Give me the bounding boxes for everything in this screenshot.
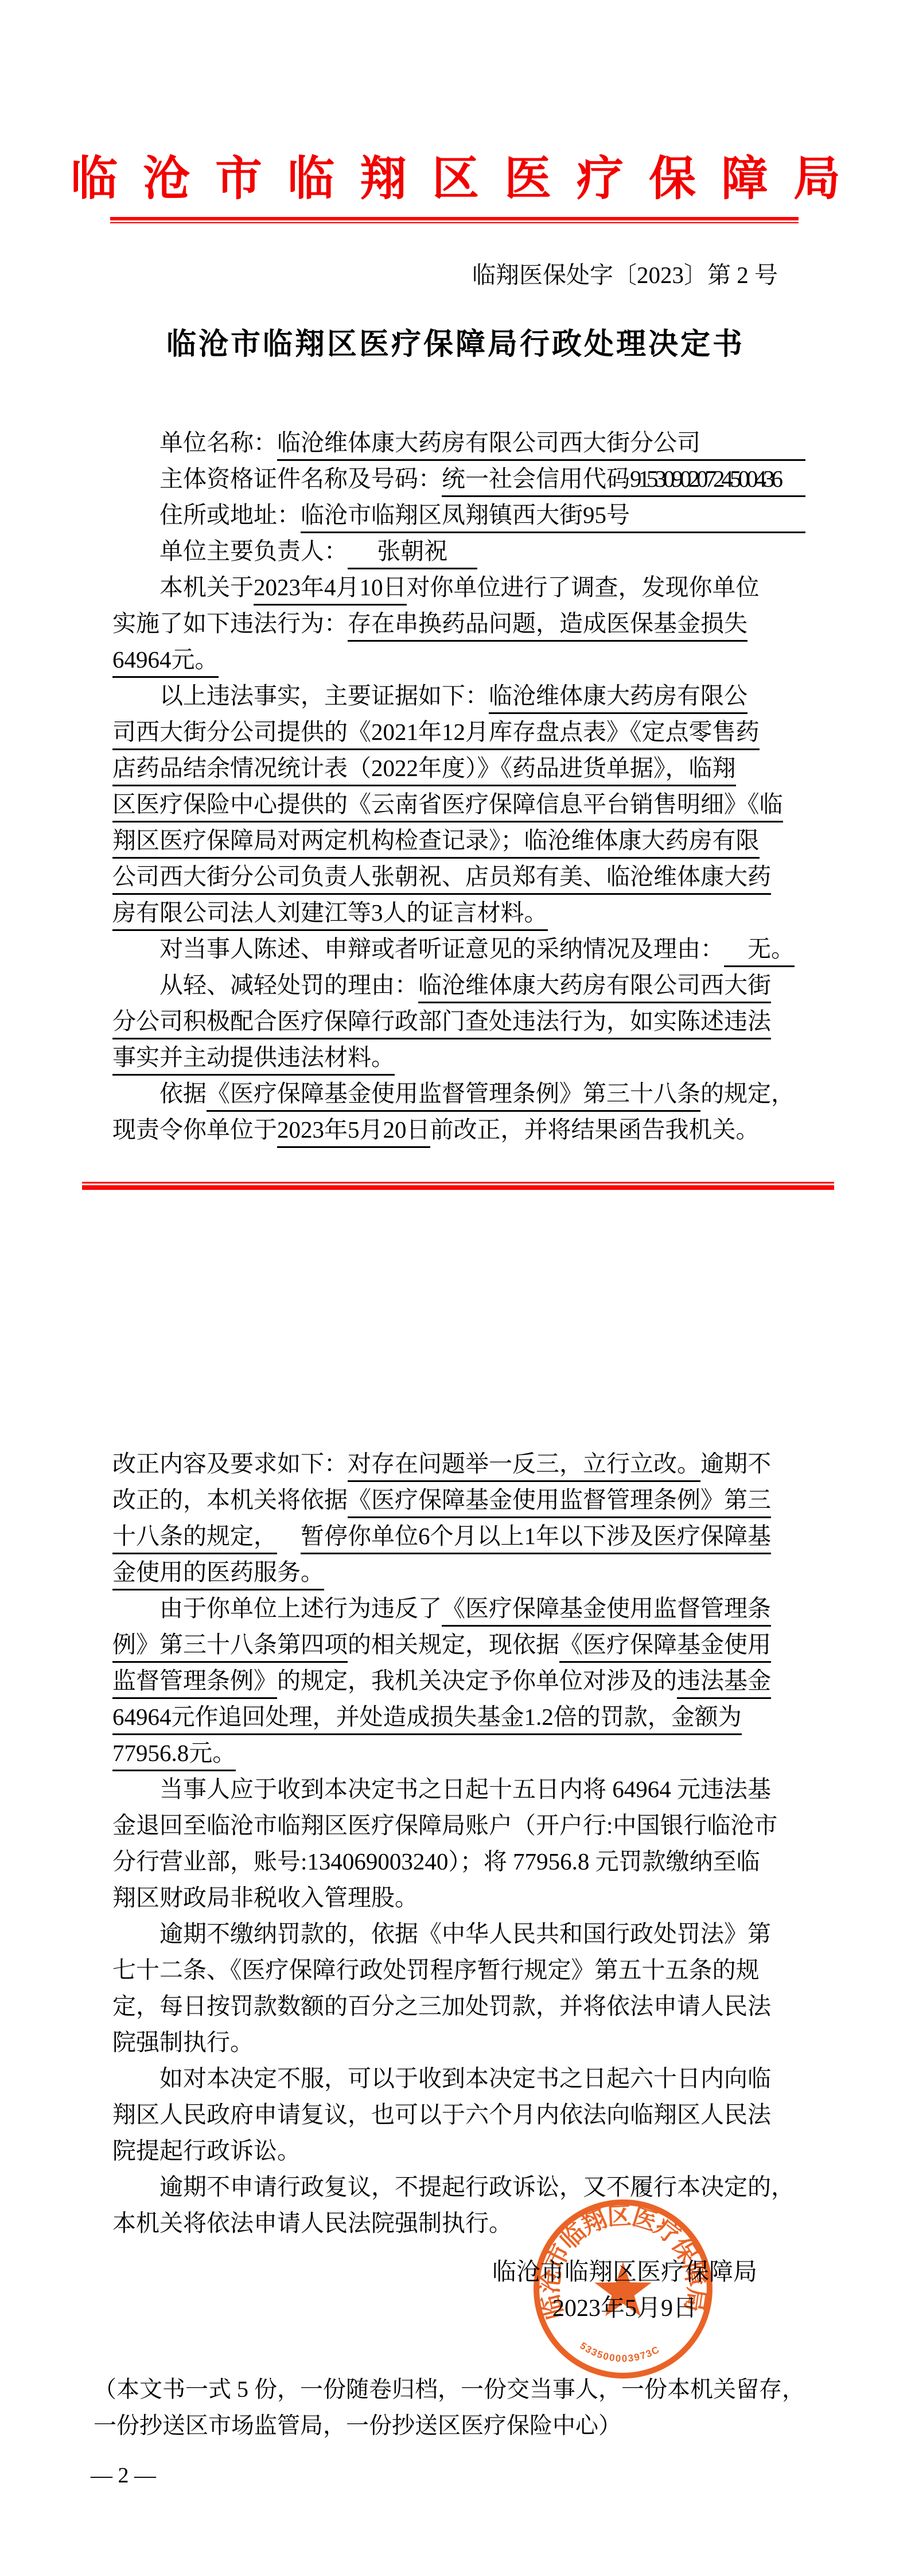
underlined-text: 77956.8元。 (112, 1739, 236, 1771)
underlined-text: 十八条的规定， (112, 1522, 277, 1554)
text-run: 翔区财政局非税收入管理股。 (112, 1883, 418, 1916)
text-line: 如对本决定不服，可以于收到本决定书之日起六十日内向临 (112, 2061, 805, 2097)
text-line: 区医疗保险中心提供的《云南省医疗保障信息平台销售明细》《临 (112, 786, 805, 823)
underlined-text: 司西大街分公司提供的《2021年12月库存盘点表》《定点零售药 (112, 717, 760, 750)
letterhead-double-rule (110, 217, 799, 223)
underlined-text: 《医疗保障基金使用监督管理条例》第三 (348, 1485, 771, 1518)
text-run: 翔区人民政府申请复议，也可以于六个月内依法向临翔区人民法 (112, 2100, 771, 2133)
text-run: 由于你单位上述行为违反了 (112, 1594, 442, 1627)
text-line: 以上违法事实，主要证据如下：临沧维体康大药房有限公 (112, 678, 805, 714)
underlined-text: 公司西大街分公司负责人张朝祝、店员郑有美、临沧维体康大药 (112, 862, 771, 895)
text-line: 实施了如下违法行为：存在串换药品问题，造成医保基金损失 (112, 606, 805, 642)
text-line: 分行营业部，账号:134069003240）；将 77956.8 元罚款缴纳至临 (112, 1844, 805, 1880)
text-line: 七十二条、《医疗保障行政处罚程序暂行规定》第五十五条的规 (112, 1952, 805, 1988)
text-run: 住所或地址： (112, 501, 301, 533)
text-run: 金退回至临沧市临翔区医疗保障局账户（开户行:中国银行临沧市 (112, 1811, 777, 1844)
underlined-text: 金使用的医药服务。 (112, 1558, 324, 1590)
text-run: 改正的，本机关将依据 (112, 1485, 348, 1518)
rule-thin-line (110, 222, 799, 223)
underlined-text: 临沧维体康大药房有限公司西大街 (418, 971, 771, 1003)
underlined-text: 2023年4月10日 (254, 573, 407, 606)
text-line: 当事人应于收到本决定书之日起十五日内将 64964 元违法基 (112, 1771, 805, 1807)
underlined-text: 区医疗保险中心提供的《云南省医疗保障信息平台销售明细》《临 (112, 790, 783, 823)
text-line: 金退回至临沧市临翔区医疗保障局账户（开户行:中国银行临沧市 (112, 1807, 805, 1844)
underlined-text: 临沧维体康大药房有限公 (489, 681, 748, 714)
text-run: 的相关规定，现依据 (348, 1630, 559, 1663)
underlined-text: 对存在问题举一反三，立行立改。 (348, 1449, 700, 1482)
text-run: 实施了如下违法行为： (112, 609, 348, 642)
underline-filler (700, 457, 805, 461)
text-line: 改正的，本机关将依据《医疗保障基金使用监督管理条例》第三 (112, 1482, 805, 1518)
text-line: 对当事人陈述、申辩或者听证意见的采纳情况及理由： 无。 (112, 931, 805, 967)
text-line: 现责令你单位于2023年5月20日前改正，并将结果函告我机关。 (112, 1112, 805, 1148)
text-run: 以上违法事实，主要证据如下： (112, 681, 489, 714)
text-run: 现责令你单位于 (112, 1115, 277, 1148)
body-section-1: 单位名称：临沧维体康大药房有限公司西大街分公司 主体资格证件名称及号码：统一社会… (112, 425, 805, 1148)
text-line: 改正内容及要求如下：对存在问题举一反三，立行立改。逾期不 (112, 1446, 805, 1482)
distribution-note-line-2: 一份抄送区市场监管局，一份抄送区医疗保险中心） (94, 2412, 621, 2444)
text-line: 依据《医疗保障基金使用监督管理条例》第三十八条的规定， (112, 1076, 805, 1112)
text-line: 翔区人民政府申请复议，也可以于六个月内依法向临翔区人民法 (112, 2097, 805, 2133)
text-run: 主体资格证件名称及号码： (112, 464, 442, 497)
text-run: 本机关将依法申请人民法院强制执行。 (112, 2209, 512, 2241)
text-run (277, 1522, 301, 1554)
underlined-text: 监督管理条例》 (112, 1666, 277, 1699)
text-run: 院提起行政诉讼。 (112, 2136, 301, 2169)
underlined-text: 翔区医疗保障局对两定机构检查记录》；临沧维体康大药房有限 (112, 826, 760, 859)
text-line: 本机关于2023年4月10日对你单位进行了调查，发现你单位 (112, 569, 805, 606)
underlined-text: 临沧市临翔区凤翔镇西大街95号 (301, 501, 630, 533)
text-line: 例》第三十八条第四项的相关规定，现依据《医疗保障基金使用 (112, 1627, 805, 1663)
text-line: 从轻、减轻处罚的理由：临沧维体康大药房有限公司西大街 (112, 967, 805, 1003)
text-line: 院提起行政诉讼。 (112, 2133, 805, 2169)
text-run: 逾期不 (700, 1449, 771, 1482)
text-run: 从轻、减轻处罚的理由： (112, 971, 418, 1003)
text-line: 逾期不缴纳罚款的，依据《中华人民共和国行政处罚法》第 (112, 1916, 805, 1952)
text-run: 逾期不缴纳罚款的，依据《中华人民共和国行政处罚法》第 (112, 1919, 771, 1952)
underlined-text: 存在串换药品问题，造成医保基金损失 (348, 609, 748, 642)
text-line: 司西大街分公司提供的《2021年12月库存盘点表》《定点零售药 (112, 714, 805, 750)
underlined-text: 事实并主动提供违法材料。 (112, 1043, 395, 1076)
text-run: 对当事人陈述、申辩或者听证意见的采纳情况及理由： (112, 934, 724, 967)
text-line: 房有限公司法人刘建江等3人的证言材料。 (112, 895, 805, 931)
page-break-red-separator (82, 1182, 834, 1190)
underline-filler (630, 529, 805, 533)
text-run: 依据 (112, 1079, 207, 1112)
text-line: 主体资格证件名称及号码：统一社会信用代码915309020724500436 (112, 461, 805, 497)
text-run: 七十二条、《医疗保障行政处罚程序暂行规定》第五十五条的规 (112, 1956, 760, 1988)
text-run: 单位名称： (112, 428, 277, 461)
official-red-seal: 临沧市临翔区医疗保障局 533500003973C (528, 2194, 718, 2384)
separator-thick-line (82, 1185, 834, 1190)
body-section-2: 改正内容及要求如下：对存在问题举一反三，立行立改。逾期不改正的，本机关将依据《医… (112, 1446, 805, 2241)
text-run: 定，每日按罚款数额的百分之三加处罚款，并将依法申请人民法 (112, 1992, 771, 2024)
underlined-text: 张朝祝 (348, 537, 477, 569)
seal-code-text: 533500003973C (578, 2340, 662, 2364)
underlined-text: 统一社会信用代码 (442, 464, 630, 497)
text-run: 本机关于 (112, 573, 254, 606)
text-line: 77956.8元。 (112, 1735, 805, 1771)
underlined-text: 临沧维体康大药房有限公司西大街分公司 (277, 428, 700, 461)
document-number: 临翔医保处字〔2023〕第 2 号 (472, 262, 778, 288)
text-line: 住所或地址：临沧市临翔区凤翔镇西大街95号 (112, 497, 805, 533)
text-line: 事实并主动提供违法材料。 (112, 1039, 805, 1076)
text-line: 店药品结余情况统计表（2022年度）》《药品进货单据》，临翔 (112, 750, 805, 786)
seal-code-text-path: 533500003973C (578, 2340, 662, 2364)
text-run: 单位主要负责人： (112, 537, 348, 569)
text-line: 由于你单位上述行为违反了《医疗保障基金使用监督管理条 (112, 1590, 805, 1627)
underlined-text: 64964元作追回处理，并处造成损失基金1.2倍的罚款，金额为 (112, 1702, 742, 1735)
underlined-text: 无。 (724, 934, 795, 967)
text-line: 翔区财政局非税收入管理股。 (112, 1880, 805, 1916)
document-page: 临沧市临翔区医疗保障局 临翔医保处字〔2023〕第 2 号 临沧市临翔区医疗保障… (0, 0, 911, 2576)
underlined-text: 《医疗保障基金使用 (559, 1630, 771, 1663)
underlined-text: 例》第三十八条第四项 (112, 1630, 348, 1663)
underlined-text: 64964元。 (112, 645, 219, 678)
seal-star-icon (594, 2262, 651, 2317)
underlined-text: 《医疗保障基金使用监督管理条 (442, 1594, 771, 1627)
underlined-text: 2023年5月20日 (277, 1115, 430, 1148)
text-line: 公司西大街分公司负责人张朝祝、店员郑有美、临沧维体康大药 (112, 859, 805, 895)
letterhead-agency-name: 临沧市临翔区医疗保障局 (0, 150, 911, 208)
text-line: 单位名称：临沧维体康大药房有限公司西大街分公司 (112, 425, 805, 461)
text-run: 院强制执行。 (112, 2028, 254, 2061)
underlined-text: 分公司积极配合医疗保障行政部门查处违法行为，如实陈述违法 (112, 1007, 771, 1039)
text-run: 对你单位进行了调查，发现你单位 (407, 573, 760, 606)
text-line: 定，每日按罚款数额的百分之三加处罚款，并将依法申请人民法 (112, 1988, 805, 2024)
text-line: 院强制执行。 (112, 2024, 805, 2061)
underlined-text: 《医疗保障基金使用监督管理条例》第三十八条 (207, 1079, 700, 1112)
text-line: 分公司积极配合医疗保障行政部门查处违法行为，如实陈述违法 (112, 1003, 805, 1039)
text-run: 当事人应于收到本决定书之日起十五日内将 64964 元违法基 (112, 1775, 771, 1807)
text-line: 64964元。 (112, 642, 805, 678)
text-line: 单位主要负责人： 张朝祝 (112, 533, 805, 569)
text-run: 如对本决定不服，可以于收到本决定书之日起六十日内向临 (112, 2064, 771, 2097)
text-run: 的规定， (700, 1079, 795, 1112)
underlined-text: 暂停你单位6个月以上1年以下涉及医疗保障基 (301, 1522, 771, 1554)
text-run: 的规定，我机关决定予你单位对涉及的 (277, 1666, 677, 1699)
text-run: 改正内容及要求如下： (112, 1449, 348, 1482)
underlined-text: 店药品结余情况统计表（2022年度）》《药品进货单据》，临翔 (112, 754, 736, 786)
text-line: 翔区医疗保障局对两定机构检查记录》；临沧维体康大药房有限 (112, 823, 805, 859)
text-line: 十八条的规定， 暂停你单位6个月以上1年以下涉及医疗保障基 (112, 1518, 805, 1554)
document-title: 临沧市临翔区医疗保障局行政处理决定书 (0, 327, 911, 362)
page-number: — 2 — (91, 2462, 156, 2489)
underlined-text: 915309020724500436 (630, 464, 780, 497)
text-run: 前改正，并将结果函告我机关。 (430, 1115, 760, 1148)
text-line: 监督管理条例》的规定，我机关决定予你单位对涉及的违法基金 (112, 1663, 805, 1699)
text-run: 分行营业部，账号:134069003240）；将 77956.8 元罚款缴纳至临 (112, 1847, 760, 1880)
distribution-note-line-1: （本文书一式 5 份，一份随卷归档，一份交当事人，一份本机关留存， (94, 2376, 805, 2408)
underline-filler (780, 493, 805, 497)
distribution-note: （本文书一式 5 份，一份随卷归档，一份交当事人，一份本机关留存， 一份抄送区市… (94, 2372, 874, 2444)
text-line: 金使用的医药服务。 (112, 1554, 805, 1590)
text-line: 64964元作追回处理，并处造成损失基金1.2倍的罚款，金额为 (112, 1699, 805, 1735)
underlined-text: 房有限公司法人刘建江等3人的证言材料。 (112, 898, 548, 931)
underlined-text: 违法基金 (677, 1666, 771, 1699)
